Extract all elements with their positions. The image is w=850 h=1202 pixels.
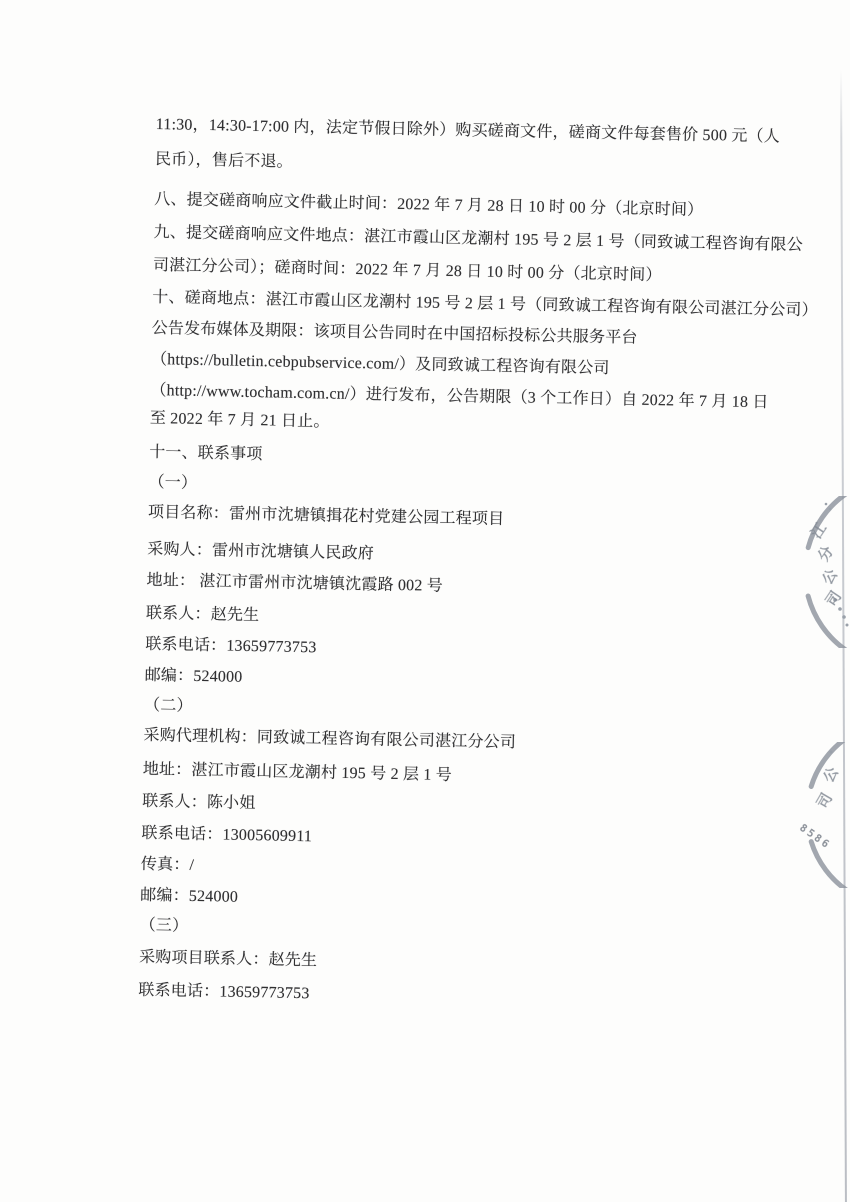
doc-line: 采购项目联系人：赵先生 xyxy=(139,948,318,972)
doc-line: 采购代理机构：同致诚工程咨询有限公司湛江分公司 xyxy=(143,726,516,753)
doc-line: 十一、联系事项 xyxy=(149,443,263,465)
doc-line: 司湛江分公司）；磋商时间：2022 年 7 月 28 日 10 时 00 分（北… xyxy=(153,256,662,286)
doc-line: 邮编：524000 xyxy=(144,666,242,688)
doc-line: 邮编：524000 xyxy=(140,886,238,908)
doc-line: （三） xyxy=(139,916,188,937)
doc-line: 至 2022 年 7 月 21 日止。 xyxy=(150,409,330,433)
doc-line: （一） xyxy=(148,473,197,494)
doc-line: 联系人：陈小姐 xyxy=(142,792,256,814)
seal-stamp-fragment-upper: 江 分 公 司 xyxy=(799,496,850,648)
doc-line: 公告发布媒体及期限：该项目公告同时在中国招标投标公共服务平台 xyxy=(151,319,637,349)
doc-line: 地址：湛江市霞山区龙潮村 195 号 2 层 1 号 xyxy=(143,760,453,786)
document-text-block: 11:30，14:30-17:00 内，法定节假日除外）购买磋商文件，磋商文件每… xyxy=(156,112,756,124)
doc-line: 传真：/ xyxy=(141,855,195,876)
doc-line: 民币），售后不退。 xyxy=(155,150,293,173)
doc-line: （https://bulletin.cebpubservice.com/）及同致… xyxy=(151,350,610,379)
doc-line: 十、磋商地点：湛江市霞山区龙潮村 195 号 2 层 1 号（同致诚工程咨询有限… xyxy=(152,288,818,321)
doc-line: 项目名称：雷州市沈塘镇揖花村党建公园工程项目 xyxy=(148,503,505,530)
doc-line: （http://www.tocham.com.cn/）进行发布，公告期限（3 个… xyxy=(150,381,769,413)
doc-line: 联系电话：13659773753 xyxy=(138,981,310,1004)
doc-line: 九、提交磋商响应文件地点：湛江市霞山区龙潮村 195 号 2 层 1 号（同致诚… xyxy=(153,223,803,256)
doc-line: 联系电话：13659773753 xyxy=(145,635,317,658)
doc-line: 联系人：赵先生 xyxy=(146,604,260,626)
doc-line: 地址： 湛江市雷州市沈塘镇沈霞路 002 号 xyxy=(146,571,443,597)
doc-line: （二） xyxy=(144,696,193,717)
scanned-document-page: 11:30，14:30-17:00 内，法定节假日除外）购买磋商文件，磋商文件每… xyxy=(0,0,850,1202)
doc-line: 联系电话：13005609911 xyxy=(141,824,312,847)
doc-line: 11:30，14:30-17:00 内，法定节假日除外）购买磋商文件，磋商文件每… xyxy=(156,115,781,148)
doc-line: 采购人：雷州市沈塘镇人民政府 xyxy=(147,540,374,565)
doc-line: 八、提交磋商响应文件截止时间：2022 年 7 月 28 日 10 时 00 分… xyxy=(154,190,703,221)
seal-stamp-fragment-lower: 公 司 8586 xyxy=(797,742,850,888)
